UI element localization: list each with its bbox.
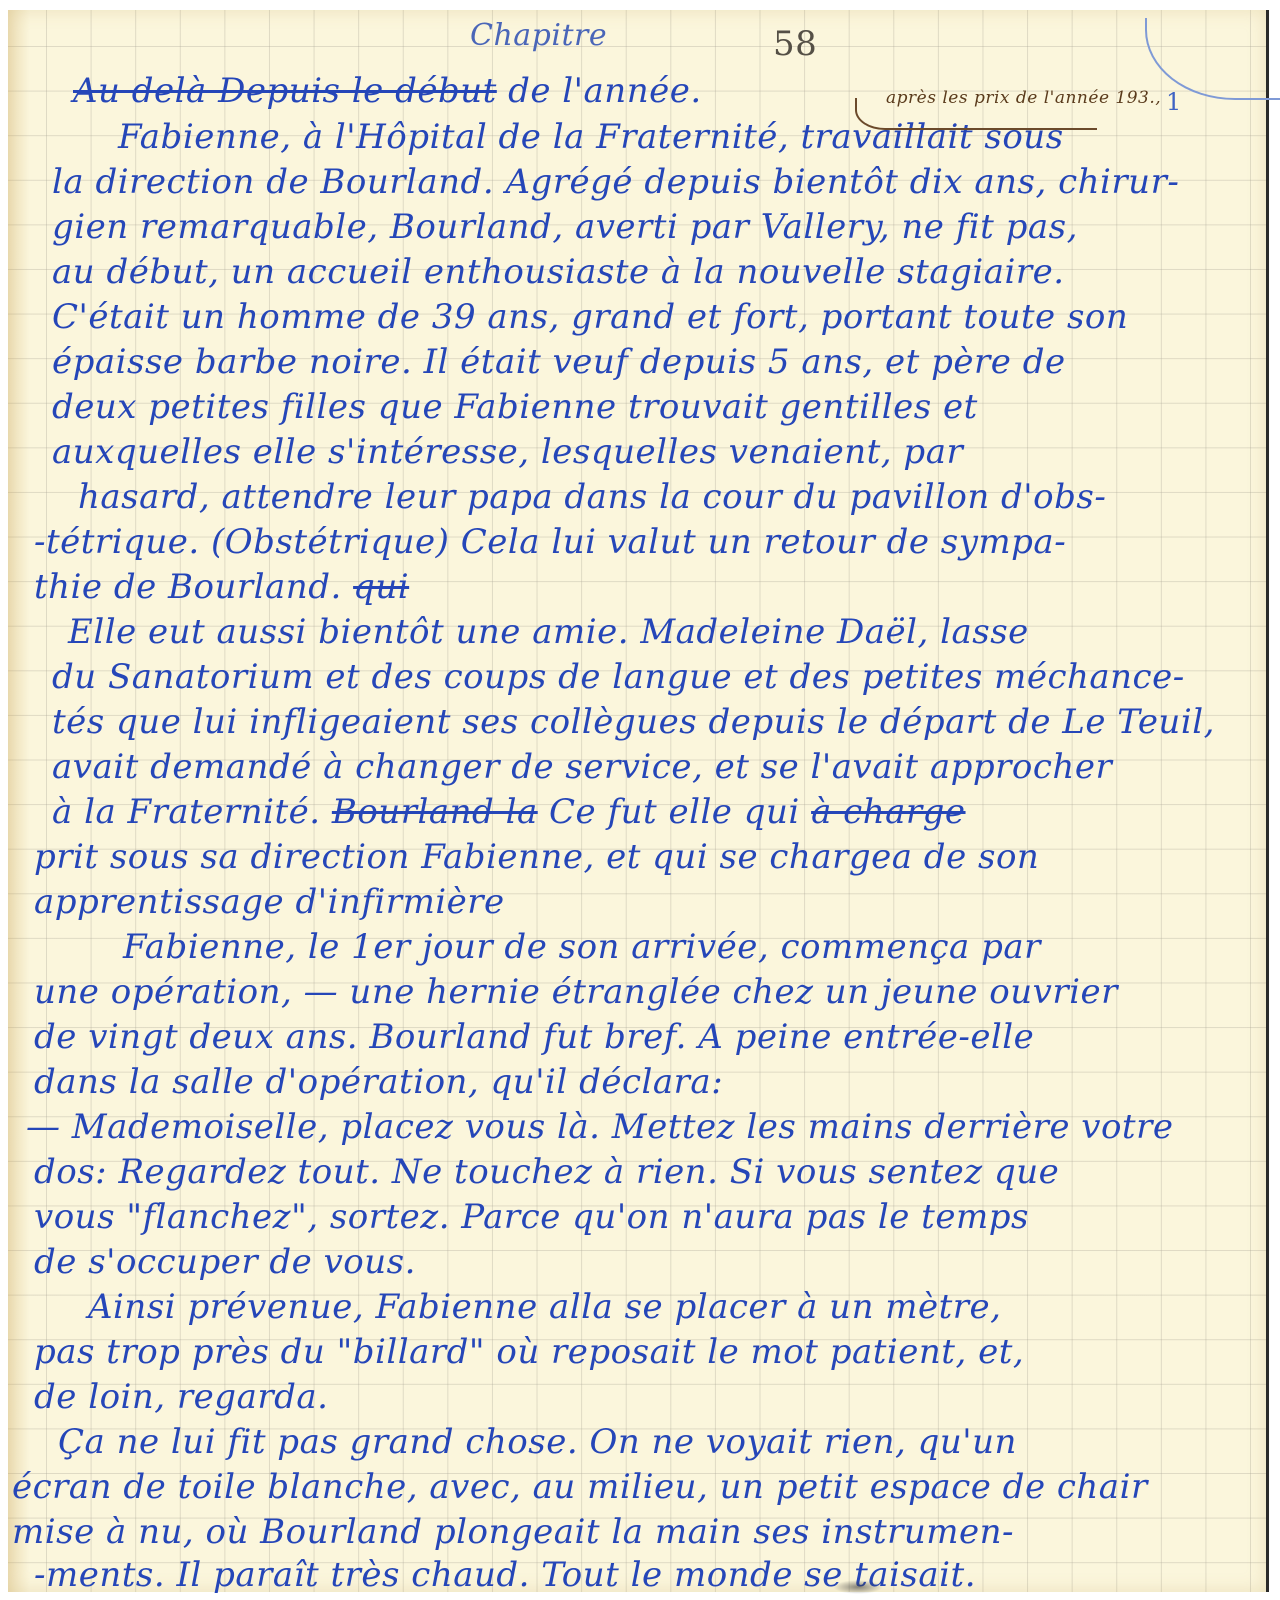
paper-stain [8, 10, 30, 1592]
manuscript-page: Chapitre 58 après les prix de l'année 19… [8, 10, 1269, 1592]
text-line: du Sanatorium et des coups de langue et … [52, 660, 1185, 694]
text-line: avait demandé à changer de service, et s… [52, 750, 1112, 784]
text-line: Ça ne lui fit pas grand chose. On ne voy… [58, 1425, 1017, 1459]
text-line: mise à nu, où Bourland plongeait la main… [12, 1515, 1014, 1549]
text-line: vous "flanchez", sortez. Parce qu'on n'a… [34, 1200, 1029, 1234]
text-line: hasard, attendre leur papa dans la cour … [78, 480, 1106, 514]
text-line: thie de Bourland. qui [34, 570, 409, 604]
text-line: pas trop près du "billard" où reposait l… [34, 1335, 1024, 1369]
struck-text: qui [353, 567, 409, 607]
text-line: Au delà Depuis le début de l'année. [73, 74, 702, 108]
margin-insert-bracket [855, 98, 1097, 130]
text-line: de loin, regarda. [34, 1380, 328, 1414]
text-line: Ainsi prévenue, Fabienne alla se placer … [88, 1290, 1001, 1324]
text-line: — Mademoiselle, placez vous là. Mettez l… [26, 1110, 1173, 1144]
struck-text: Bourland la [332, 792, 538, 832]
text-line: tés que lui infligeaient ses collègues d… [52, 705, 1215, 739]
chapter-heading: Chapitre [470, 18, 607, 53]
text-line: gien remarquable, Bourland, averti par V… [52, 210, 1078, 244]
struck-text: Au delà Depuis le début [73, 71, 497, 111]
text-line: de s'occuper de vous. [34, 1245, 416, 1279]
text-line: une opération, — une hernie étranglée ch… [34, 975, 1118, 1009]
text-line: dos: Regardez tout. Ne touchez à rien. S… [34, 1155, 1059, 1189]
text-line: C'était un homme de 39 ans, grand et for… [52, 300, 1128, 334]
text-line: prit sous sa direction Fabienne, et qui … [34, 840, 1039, 874]
text-line: au début, un accueil enthousiaste à la n… [52, 255, 1065, 289]
ink-smudge [833, 1580, 883, 1594]
text-line: à la Fraternité. Bourland la Ce fut elle… [52, 795, 966, 829]
text-line: dans la salle d'opération, qu'il déclara… [34, 1065, 723, 1099]
page-number: 58 [773, 24, 817, 64]
text-line: Fabienne, le 1er jour de son arrivée, co… [123, 930, 1041, 964]
text-line: -tétrique. (Obstétrique) Cela lui valut … [34, 525, 1066, 559]
sheet-number: 1 [1166, 88, 1182, 116]
text-line: apprentissage d'infirmière [34, 885, 505, 919]
text-line: auxquelles elle s'intéresse, lesquelles … [52, 435, 963, 469]
struck-text: à charge [811, 792, 965, 832]
text-line: de vingt deux ans. Bourland fut bref. A … [34, 1020, 1034, 1054]
text-line: écran de toile blanche, avec, au milieu,… [12, 1470, 1148, 1504]
text-line: épaisse barbe noire. Il était veuf depui… [52, 345, 1066, 379]
text-line: la direction de Bourland. Agrégé depuis … [52, 165, 1179, 199]
text-line: deux petites filles que Fabienne trouvai… [52, 390, 978, 424]
text-line: Elle eut aussi bientôt une amie. Madelei… [68, 615, 1029, 649]
